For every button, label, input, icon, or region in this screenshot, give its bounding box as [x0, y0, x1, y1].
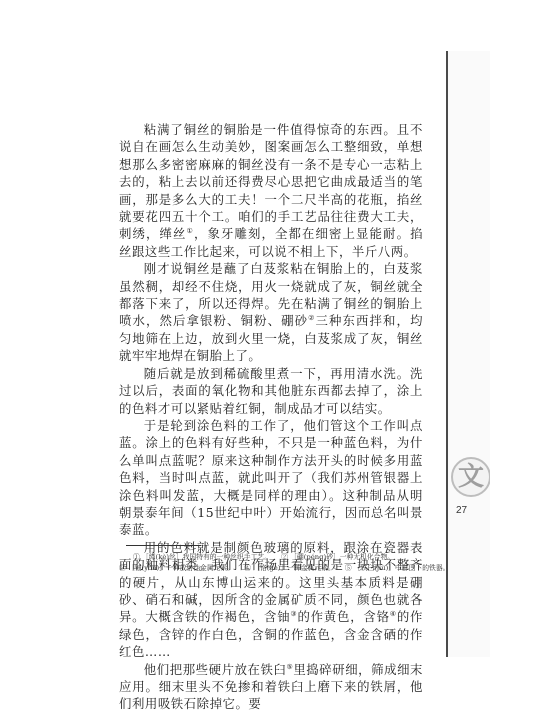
footnote-1: ① ［缂(kè)丝］我国特有的一种丝织手工艺。	[133, 553, 271, 561]
body-text: 粘满了铜丝的铜胎是一件值得惊奇的东西。且不说自在画怎么生动美妙，图案画怎么工整细…	[119, 121, 423, 711]
footnote-ref-4[interactable]: ④	[390, 610, 397, 618]
footnote-ref-1[interactable]: ①	[187, 227, 194, 235]
footnote-4: ④ ［铬(gè)］一种金属元素。	[244, 564, 335, 572]
book-page: 文 27 粘满了铜丝的铜胎是一件值得惊奇的东西。且不说自在画怎么生动美妙，图案画…	[0, 0, 550, 711]
footnote-line-1: ① ［缂(kè)丝］我国特有的一种丝织手工艺。 ② ［硼(péng)砂］一种无机…	[119, 552, 429, 563]
paragraph-6: 他们把那些硬片放在铁臼⑤里捣碎研细，筛成细末应用。细末里头不免掺和着铁臼上磨下来…	[119, 661, 423, 711]
footnotes: ① ［缂(kè)丝］我国特有的一种丝织手工艺。 ② ［硼(péng)砂］一种无机…	[119, 552, 429, 574]
footnote-ref-3[interactable]: ③	[290, 610, 297, 618]
page-number: 27	[456, 505, 467, 516]
paragraph-4: 于是轮到涂色料的工作了，他们管这个工作叫点蓝。涂上的色料有好些种，不只是一种蓝色…	[119, 417, 423, 539]
seal-emblem: 文	[449, 457, 490, 501]
footnote-line-2: ③ ［铀(yóu)］一种放射性金属元素。 ④ ［铬(gè)］一种金属元素。 ⑤ …	[119, 563, 429, 574]
footnote-3: ③ ［铀(yóu)］一种放射性金属元素。	[119, 564, 234, 572]
footnote-separator	[126, 545, 201, 546]
paragraph-3: 随后就是放到稀硫酸里煮一下，再用清水洗。洗过以后，表面的氧化物和其他脏东西都去掉…	[119, 365, 423, 417]
footnote-2: ② ［硼(péng)砂］一种无机化合物。	[281, 553, 394, 561]
footnote-5: ⑤ ［铁臼(jiù)］中部凹下的铁器。	[345, 564, 450, 572]
wen-seal-icon: 文	[451, 457, 490, 497]
paragraph-2: 刚才说铜丝是蘸了白芨浆粘在铜胎上的，白芨浆虽然稠，却经不住烧，用火一烧就成了灰，…	[119, 260, 423, 364]
footnote-ref-2[interactable]: ②	[308, 314, 315, 322]
paragraph-1: 粘满了铜丝的铜胎是一件值得惊奇的东西。且不说自在画怎么生动美妙，图案画怎么工整细…	[119, 121, 423, 260]
margin-strip	[448, 51, 490, 657]
